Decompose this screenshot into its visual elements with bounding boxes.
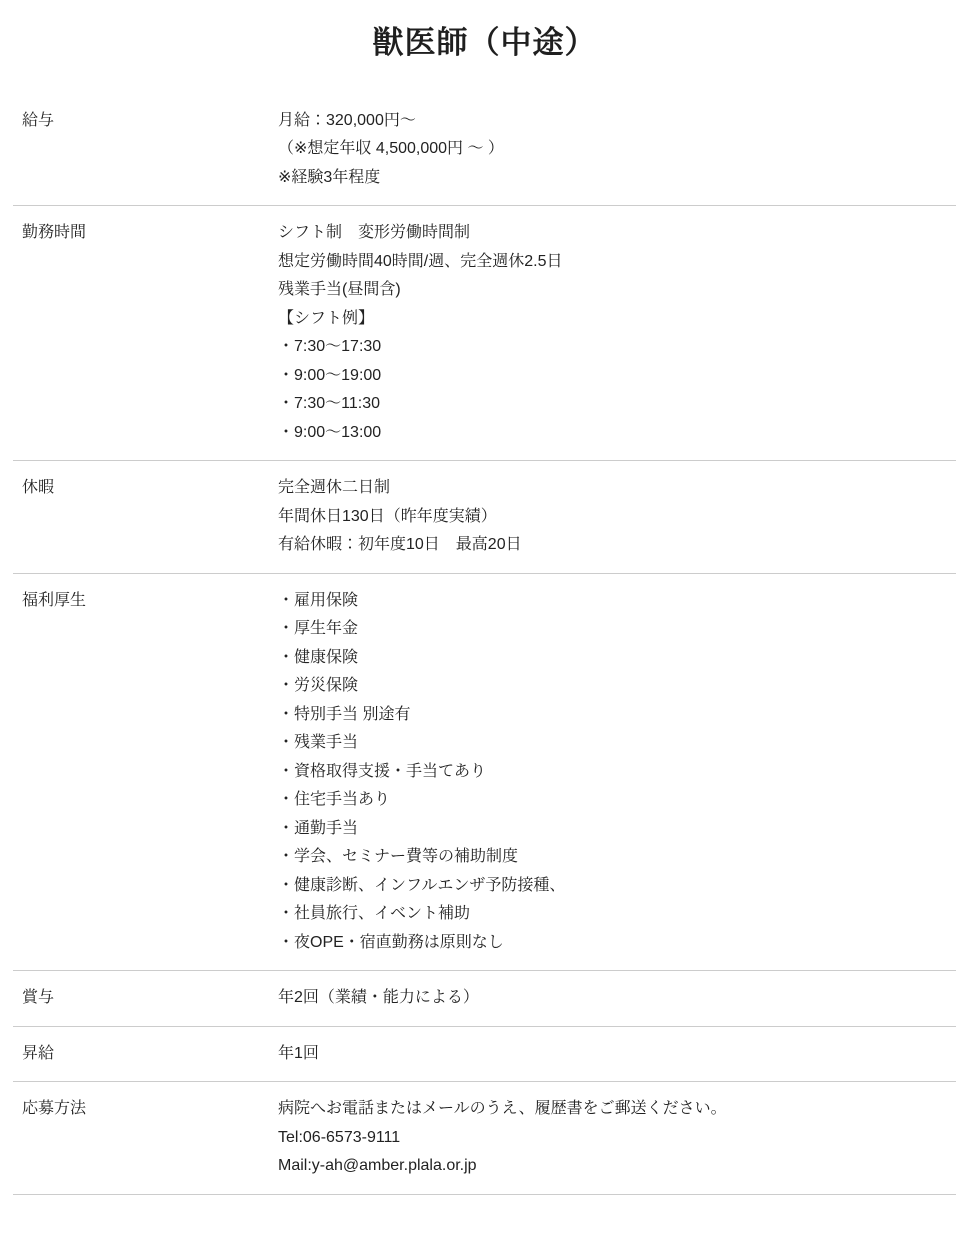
row-value-line: ・雇用保険 [278,587,956,616]
row-value-line: 年2回（業績・能力による） [278,984,956,1013]
table-row: 勤務時間 シフト制 変形労働時間制想定労働時間40時間/週、完全週休2.5日残業… [13,206,956,461]
row-value: 年1回 [278,1040,956,1069]
table-row: 応募方法 病院へお電話またはメールのうえ、履歴書をご郵送ください。Tel:06-… [13,1082,956,1195]
row-value-line: （※想定年収 4,500,000円 〜 ） [278,135,956,164]
row-value-line: ・9:00〜13:00 [278,419,956,448]
row-label: 福利厚生 [13,587,278,616]
row-label: 給与 [13,107,278,136]
table-row: 休暇 完全週休二日制年間休日130日（昨年度実績）有給休暇：初年度10日 最高2… [13,461,956,574]
table-row: 給与 月給：320,000円〜（※想定年収 4,500,000円 〜 ）※経験3… [13,94,956,207]
row-value-line: 【シフト例】 [278,305,956,334]
row-value-line: ・9:00〜19:00 [278,362,956,391]
row-label: 応募方法 [13,1095,278,1124]
row-value-line: ・通勤手当 [278,815,956,844]
row-value-line: ・夜OPE・宿直勤務は原則なし [278,929,956,958]
row-value: 月給：320,000円〜（※想定年収 4,500,000円 〜 ）※経験3年程度 [278,107,956,193]
row-value: 年2回（業績・能力による） [278,984,956,1013]
row-value-line: ・労災保険 [278,672,956,701]
row-value: 完全週休二日制年間休日130日（昨年度実績）有給休暇：初年度10日 最高20日 [278,474,956,560]
table-row: 昇給 年1回 [13,1027,956,1083]
row-value-line: ・学会、セミナー費等の補助制度 [278,843,956,872]
row-value-line: ・7:30〜17:30 [278,333,956,362]
row-value-line: シフト制 変形労働時間制 [278,219,956,248]
row-value-line: Mail:y-ah@amber.plala.or.jp [278,1152,956,1181]
row-value-line: 有給休暇：初年度10日 最高20日 [278,531,956,560]
row-value-line: ・資格取得支援・手当てあり [278,758,956,787]
row-label: 賞与 [13,984,278,1013]
row-value: シフト制 変形労働時間制想定労働時間40時間/週、完全週休2.5日残業手当(昼間… [278,219,956,447]
row-value-line: ※経験3年程度 [278,164,956,193]
row-value: 病院へお電話またはメールのうえ、履歴書をご郵送ください。Tel:06-6573-… [278,1095,956,1181]
row-value-line: 残業手当(昼間含) [278,276,956,305]
row-label: 勤務時間 [13,219,278,248]
row-value-line: 病院へお電話またはメールのうえ、履歴書をご郵送ください。 [278,1095,956,1124]
row-value-line: ・健康診断、インフルエンザ予防接種、 [278,872,956,901]
row-value-line: ・住宅手当あり [278,786,956,815]
job-details-table: 給与 月給：320,000円〜（※想定年収 4,500,000円 〜 ）※経験3… [13,94,956,1195]
page-title: 獣医師（中途） [13,0,956,63]
row-value-line: ・特別手当 別途有 [278,701,956,730]
row-value-line: 想定労働時間40時間/週、完全週休2.5日 [278,248,956,277]
row-label: 休暇 [13,474,278,503]
row-value-line: ・社員旅行、イベント補助 [278,900,956,929]
row-value-line: 年間休日130日（昨年度実績） [278,503,956,532]
job-posting-page: 獣医師（中途） 給与 月給：320,000円〜（※想定年収 4,500,000円… [13,0,956,1195]
row-label: 昇給 [13,1040,278,1069]
row-value-line: 月給：320,000円〜 [278,107,956,136]
table-row: 賞与 年2回（業績・能力による） [13,971,956,1027]
row-value-line: 年1回 [278,1040,956,1069]
row-value: ・雇用保険・厚生年金・健康保険・労災保険・特別手当 別途有・残業手当・資格取得支… [278,587,956,958]
row-value-line: ・健康保険 [278,644,956,673]
row-value-line: ・7:30〜11:30 [278,390,956,419]
row-value-line: ・残業手当 [278,729,956,758]
row-value-line: 完全週休二日制 [278,474,956,503]
row-value-line: ・厚生年金 [278,615,956,644]
table-row: 福利厚生 ・雇用保険・厚生年金・健康保険・労災保険・特別手当 別途有・残業手当・… [13,574,956,972]
row-value-line: Tel:06-6573-9111 [278,1124,956,1153]
